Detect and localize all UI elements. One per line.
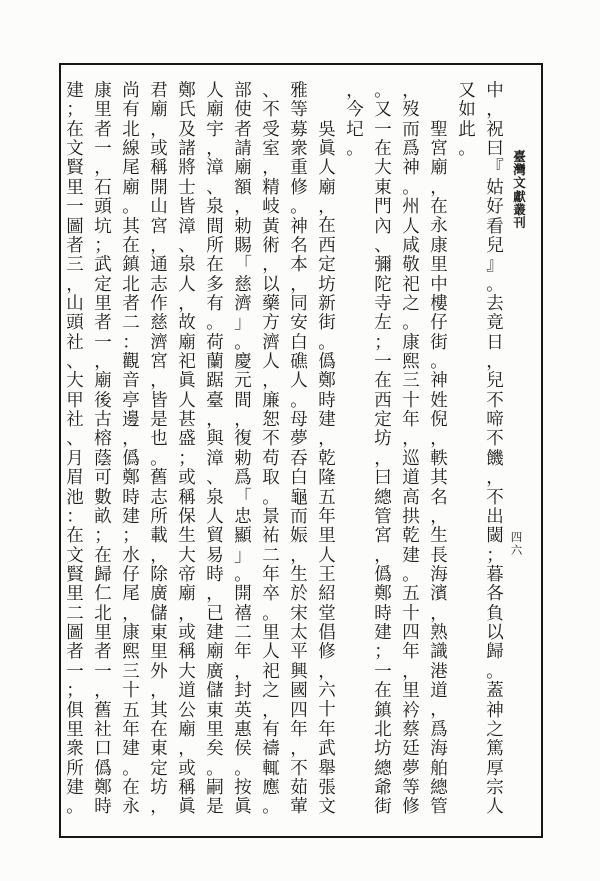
text-column-14: 尚有北線尾廟。其在鎮北者二：觀音亭邊，僞鄭時建；水仔尾，康熙三十五年建。在永: [121, 82, 141, 818]
text-column-4: ，歿而爲神。州人咸敬祀之。康熙三十年，巡道高拱乾建。五十四年，里衿蔡廷夢等修: [401, 82, 421, 818]
text-column-11: 人廟宇，漳、泉間所在多有。荷蘭踞臺，與漳、泉人貿易時，已建廟廣儲東里矣。嗣是: [205, 82, 225, 818]
text-column-2: 又如此。: [457, 82, 477, 159]
page-number: 四六: [508, 531, 525, 557]
text-column-9: 、不受室，精岐黃術，以藥方濟人，廉恕不苟取。景祐二年卒。里人祀之，有禱輒應。: [261, 82, 281, 818]
text-column-3: 聖宮廟，在永康里中樓仔街。神姓倪，軼其名，生長海濱，熟識港道，爲海舶總管: [429, 82, 449, 818]
text-column-12: 鄭氏及諸將士皆漳、泉人，故廟祀眞人甚盛；或稱保生大帝廟，或稱大道公廟，或稱眞: [177, 82, 197, 818]
text-column-5: 。又一在大東門內、彌陀寺左；一在西定坊，曰總管宮，僞鄭時建；一在鎮北坊總爺街: [373, 82, 393, 818]
text-column-1: 中，祝曰『姑好看兒』。去竟日，兒不啼不饑，不出閾；暮各負以歸。蓋神之篤厚宗人: [485, 82, 505, 818]
text-column-10: 部使者請廟額，勅賜「慈濟」。慶元間，復勅爲「忠顯」。開禧二年，封英惠侯。按眞: [233, 82, 253, 818]
running-title: 臺灣文獻叢刊: [510, 150, 529, 229]
text-column-16: 建；在文賢里一圖者三，山頭社、大甲社、月眉池：在文賢里二圖者一；俱里衆所建。: [65, 82, 85, 818]
text-column-15: 康里者一，石頭坑；武定里者一，廟後古榕蔭可數畝；在歸仁北里者一，舊社口僞鄭時: [93, 82, 113, 818]
text-column-6: ，今圮。: [345, 82, 365, 159]
scanned-book-page: 臺灣文獻叢刊 四六 中，祝曰『姑好看兒』。去竟日，兒不啼不饑，不出閾；暮各負以歸…: [0, 0, 600, 881]
text-column-13: 君廟，或稱開山宮，通志作慈濟宮，皆是也。舊志所載，除廣儲東里外，其在東定坊，: [149, 82, 169, 818]
text-column-7: 吳眞人廟，在西定坊新街。僞鄭時建，乾隆五年里人王紹堂倡修，六十年武舉張文: [317, 82, 337, 818]
text-column-8: 雅等募衆重修。神名本，同安白礁人。母夢吞白龜而娠，生於宋太平興國四年，不茹葷: [289, 82, 309, 818]
